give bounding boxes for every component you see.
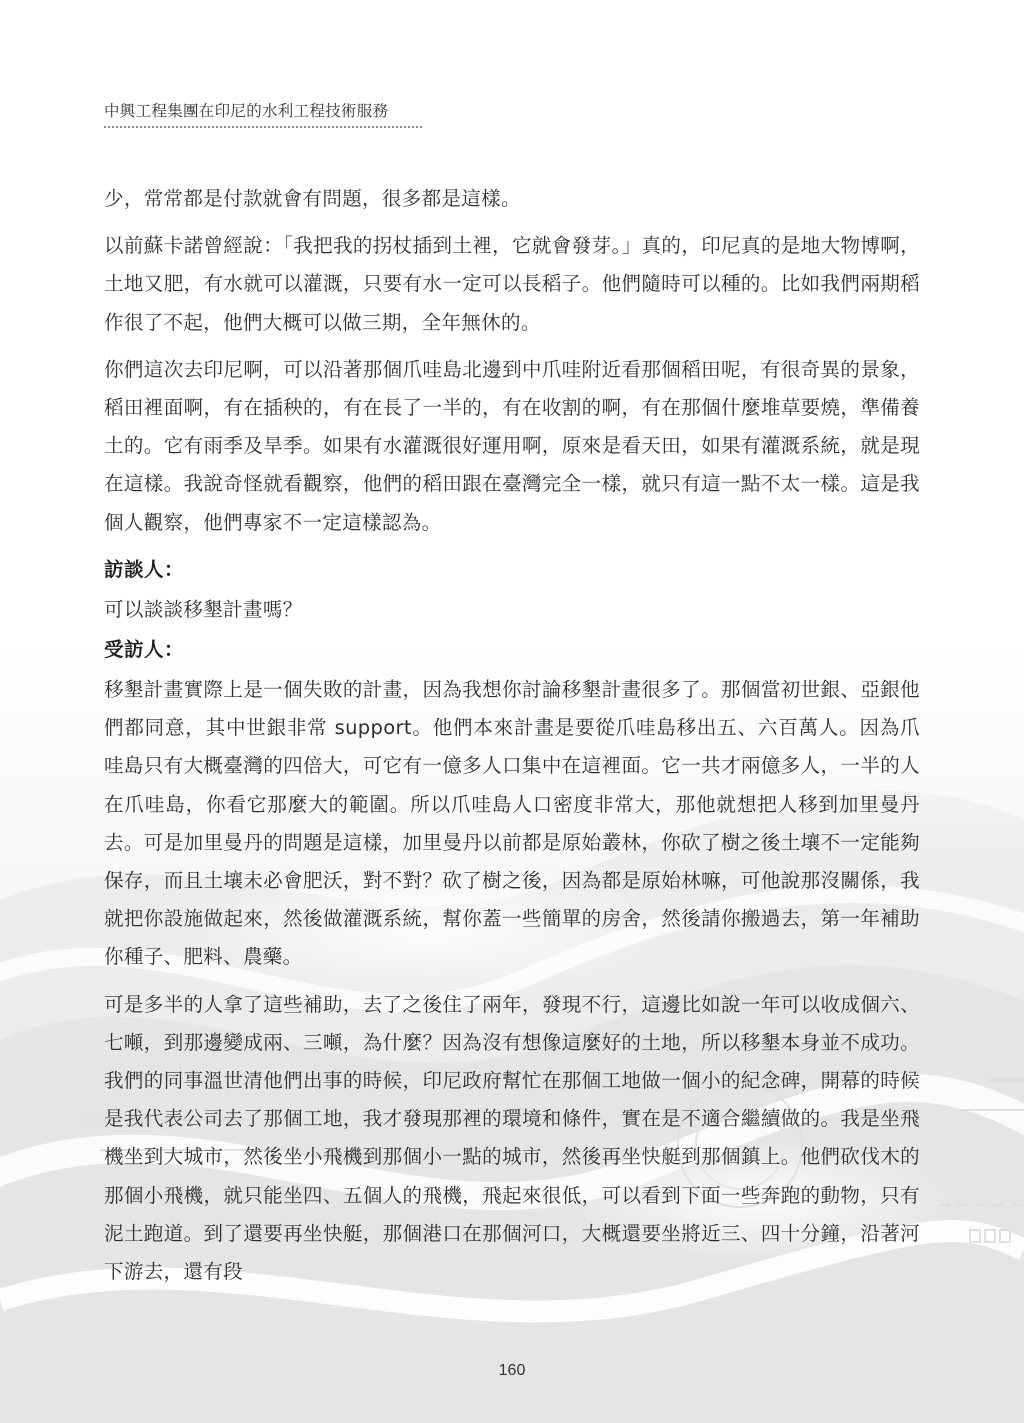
running-header: 中興工程集團在印尼的水利工程技術服務 — [104, 100, 422, 128]
page-number: 160 — [0, 1362, 1024, 1380]
body-text: 少，常常都是付款就會有問題，很多都是這樣。 以前蘇卡諾曾經說：「我把我的拐杖插到… — [104, 180, 920, 1300]
header-dotted-rule — [104, 126, 422, 128]
interview-question: 可以談談移墾計畫嗎？ — [104, 591, 920, 629]
paragraph: 少，常常都是付款就會有問題，很多都是這樣。 — [104, 180, 920, 218]
paragraph: 可是多半的人拿了這些補助，去了之後住了兩年，發現不行，這邊比如說一年可以收成個六… — [104, 986, 920, 1292]
running-header-title: 中興工程集團在印尼的水利工程技術服務 — [104, 100, 422, 122]
paragraph: 以前蘇卡諾曾經說：「我把我的拐杖插到土裡，它就會發芽。」真的，印尼真的是地大物博… — [104, 227, 920, 342]
paragraph: 移墾計畫實際上是一個失敗的計畫，因為我想你討論移墾計畫很多了。那個當初世銀、亞銀… — [104, 671, 920, 977]
speaker-label-interviewer: 訪談人： — [104, 551, 920, 589]
paragraph: 你們這次去印尼啊，可以沿著那個爪哇島北邊到中爪哇附近看那個稻田呢，有很奇異的景象… — [104, 351, 920, 542]
speaker-label-interviewee: 受訪人： — [104, 631, 920, 669]
